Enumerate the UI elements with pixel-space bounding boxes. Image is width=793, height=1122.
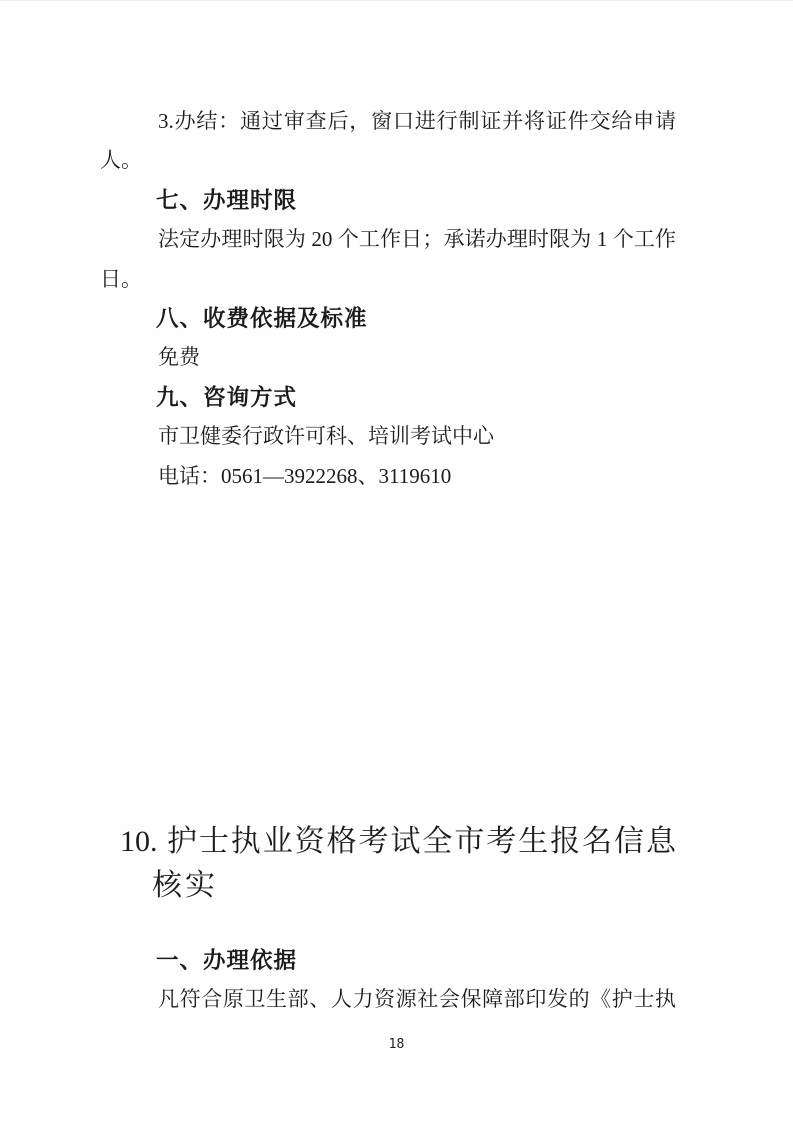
section-gap xyxy=(100,908,676,941)
paragraph-contact-phone: 电话：0561—3922268、3119610 xyxy=(100,457,676,496)
page-content: 3.办结：通过审查后，窗口进行制证并将证件交给申请 人。 七、办理时限 法定办理… xyxy=(0,1,793,1020)
chapter-title: 10. 护士执业资格考试全市考生报名信息 核实 xyxy=(100,820,676,908)
heading-processing-time-limit: 七、办理时限 xyxy=(100,181,676,220)
chapter-title-line2: 核实 xyxy=(100,864,676,908)
heading-fee-basis-standard: 八、收费依据及标准 xyxy=(100,299,676,338)
blank-space xyxy=(100,496,676,820)
document-page: 3.办结：通过审查后，窗口进行制证并将证件交给申请 人。 七、办理时限 法定办理… xyxy=(0,0,793,1122)
paragraph-step3-line2: 人。 xyxy=(100,141,676,180)
paragraph-fee: 免费 xyxy=(100,338,676,377)
heading-handling-basis: 一、办理依据 xyxy=(100,941,676,980)
paragraph-step3-line1: 3.办结：通过审查后，窗口进行制证并将证件交给申请 xyxy=(100,102,676,141)
heading-consultation-method: 九、咨询方式 xyxy=(100,378,676,417)
paragraph-time-limit-line2: 日。 xyxy=(100,260,676,299)
paragraph-time-limit-line1: 法定办理时限为 20 个工作日；承诺办理时限为 1 个工作 xyxy=(100,220,676,259)
paragraph-contact-department: 市卫健委行政许可科、培训考试中心 xyxy=(100,417,676,456)
page-number: 18 xyxy=(0,1037,793,1052)
paragraph-basis-line1: 凡符合原卫生部、人力资源社会保障部印发的《护士执 xyxy=(100,980,676,1019)
chapter-title-line1: 10. 护士执业资格考试全市考生报名信息 xyxy=(100,820,676,864)
